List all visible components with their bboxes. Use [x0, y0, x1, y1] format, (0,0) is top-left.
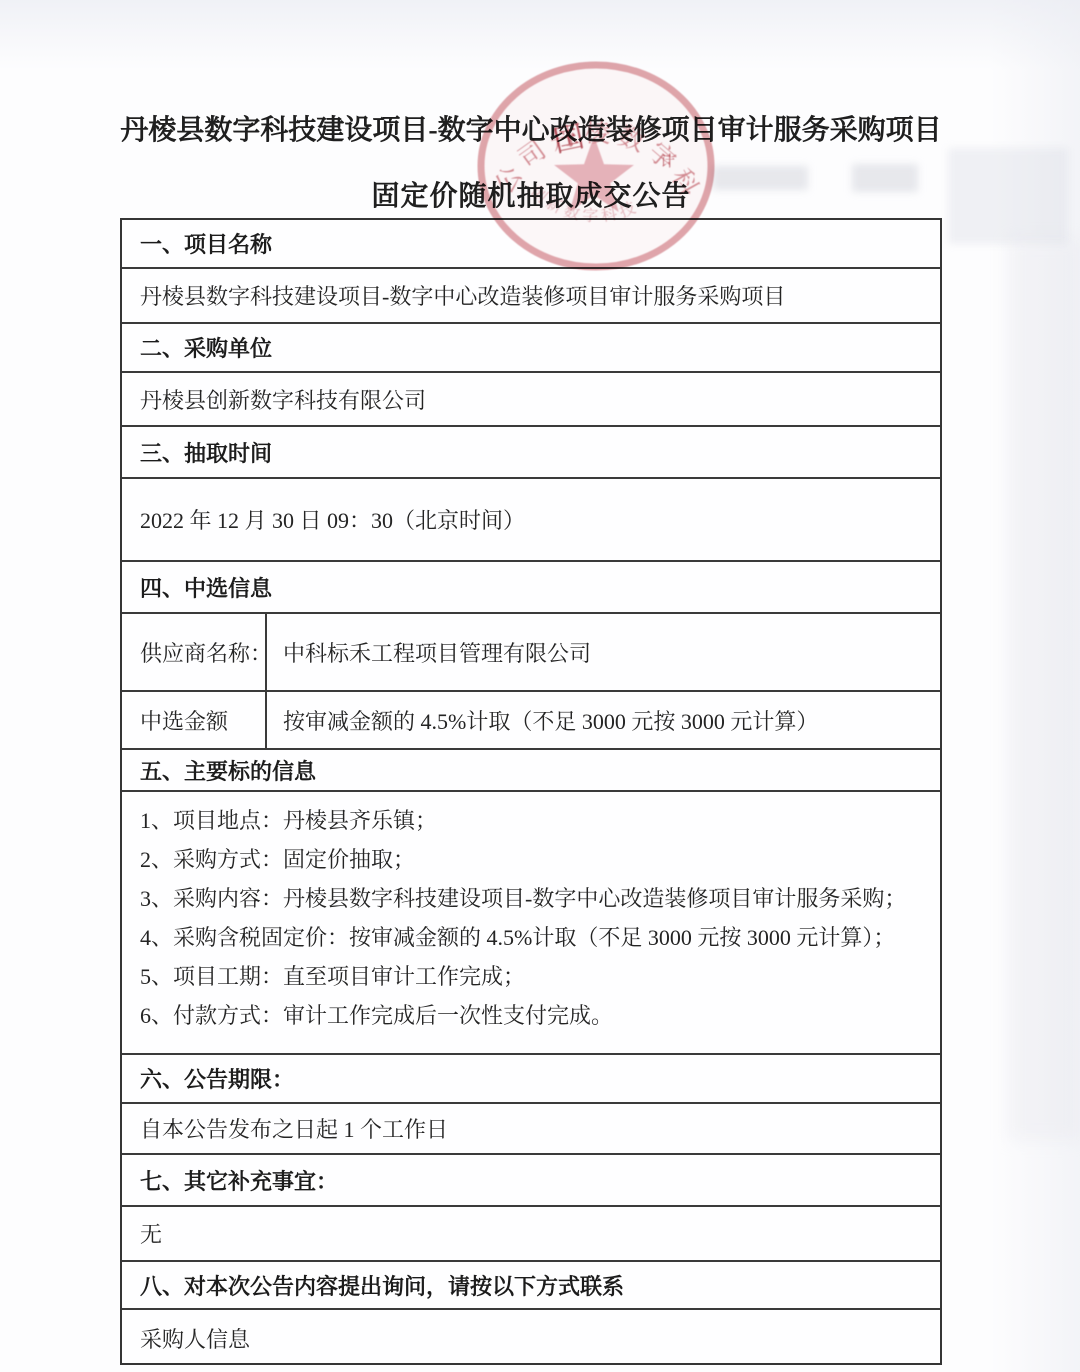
scan-artifact [948, 148, 1068, 244]
section-5-header: 五、主要标的信息 [122, 750, 940, 792]
section-1-header: 一、项目名称 [122, 220, 940, 269]
announcement-table: 一、项目名称 丹棱县数字科技建设项目-数字中心改造装修项目审计服务采购项目 二、… [120, 218, 942, 1365]
amount-row: 中选金额 按审减金额的 4.5%计取（不足 3000 元按 3000 元计算） [122, 692, 940, 750]
section-8-value: 采购人信息 [122, 1310, 940, 1367]
supplier-row: 供应商名称： 中科标禾工程项目管理有限公司 [122, 614, 940, 692]
amount-value: 按审减金额的 4.5%计取（不足 3000 元按 3000 元计算） [267, 705, 940, 736]
page-title-line2: 固定价随机抽取成交公告 [120, 174, 942, 214]
document-title: 丹棱县数字科技建设项目-数字中心改造装修项目审计服务采购项目 固定价随机抽取成交… [120, 108, 942, 214]
amount-label: 中选金额 [122, 692, 267, 748]
section-3-header: 三、抽取时间 [122, 427, 940, 479]
section-8-header: 八、对本次公告内容提出询问，请按以下方式联系 [122, 1262, 940, 1310]
section-3-value: 2022 年 12 月 30 日 09：30（北京时间） [122, 479, 940, 562]
scan-artifact [852, 164, 918, 192]
scan-artifact [712, 166, 808, 190]
section-6-value: 自本公告发布之日起 1 个工作日 [122, 1104, 940, 1155]
supplier-value: 中科标禾工程项目管理有限公司 [267, 637, 940, 668]
page-title-line1: 丹棱县数字科技建设项目-数字中心改造装修项目审计服务采购项目 [120, 108, 942, 148]
list-item: 2、采购方式：固定价抽取； [140, 840, 940, 879]
section-6-header: 六、公告期限： [122, 1055, 940, 1104]
section-1-value: 丹棱县数字科技建设项目-数字中心改造装修项目审计服务采购项目 [122, 269, 940, 324]
list-item: 3、采购内容：丹棱县数字科技建设项目-数字中心改造装修项目审计服务采购； [140, 879, 940, 918]
section-4-header: 四、中选信息 [122, 562, 940, 614]
section-2-value: 丹棱县创新数字科技有限公司 [122, 373, 940, 427]
list-item: 6、付款方式：审计工作完成后一次性支付完成。 [140, 996, 940, 1035]
scanned-announcement-page: 丹棱县数字科技建设项目-数字中心改造装修项目审计服务采购项目 固定价随机抽取成交… [0, 0, 1080, 1372]
section-5-items: 1、项目地点：丹棱县齐乐镇； 2、采购方式：固定价抽取； 3、采购内容：丹棱县数… [122, 792, 940, 1055]
list-item: 5、项目工期：直至项目审计工作完成； [140, 957, 940, 996]
supplier-label: 供应商名称： [122, 614, 267, 690]
scan-artifact [1008, 240, 1080, 1140]
list-item: 1、项目地点：丹棱县齐乐镇； [140, 801, 940, 840]
section-7-header: 七、其它补充事宜： [122, 1155, 940, 1207]
list-item: 4、采购含税固定价：按审减金额的 4.5%计取（不足 3000 元按 3000 … [140, 918, 940, 957]
section-2-header: 二、采购单位 [122, 324, 940, 373]
section-7-value: 无 [122, 1207, 940, 1262]
